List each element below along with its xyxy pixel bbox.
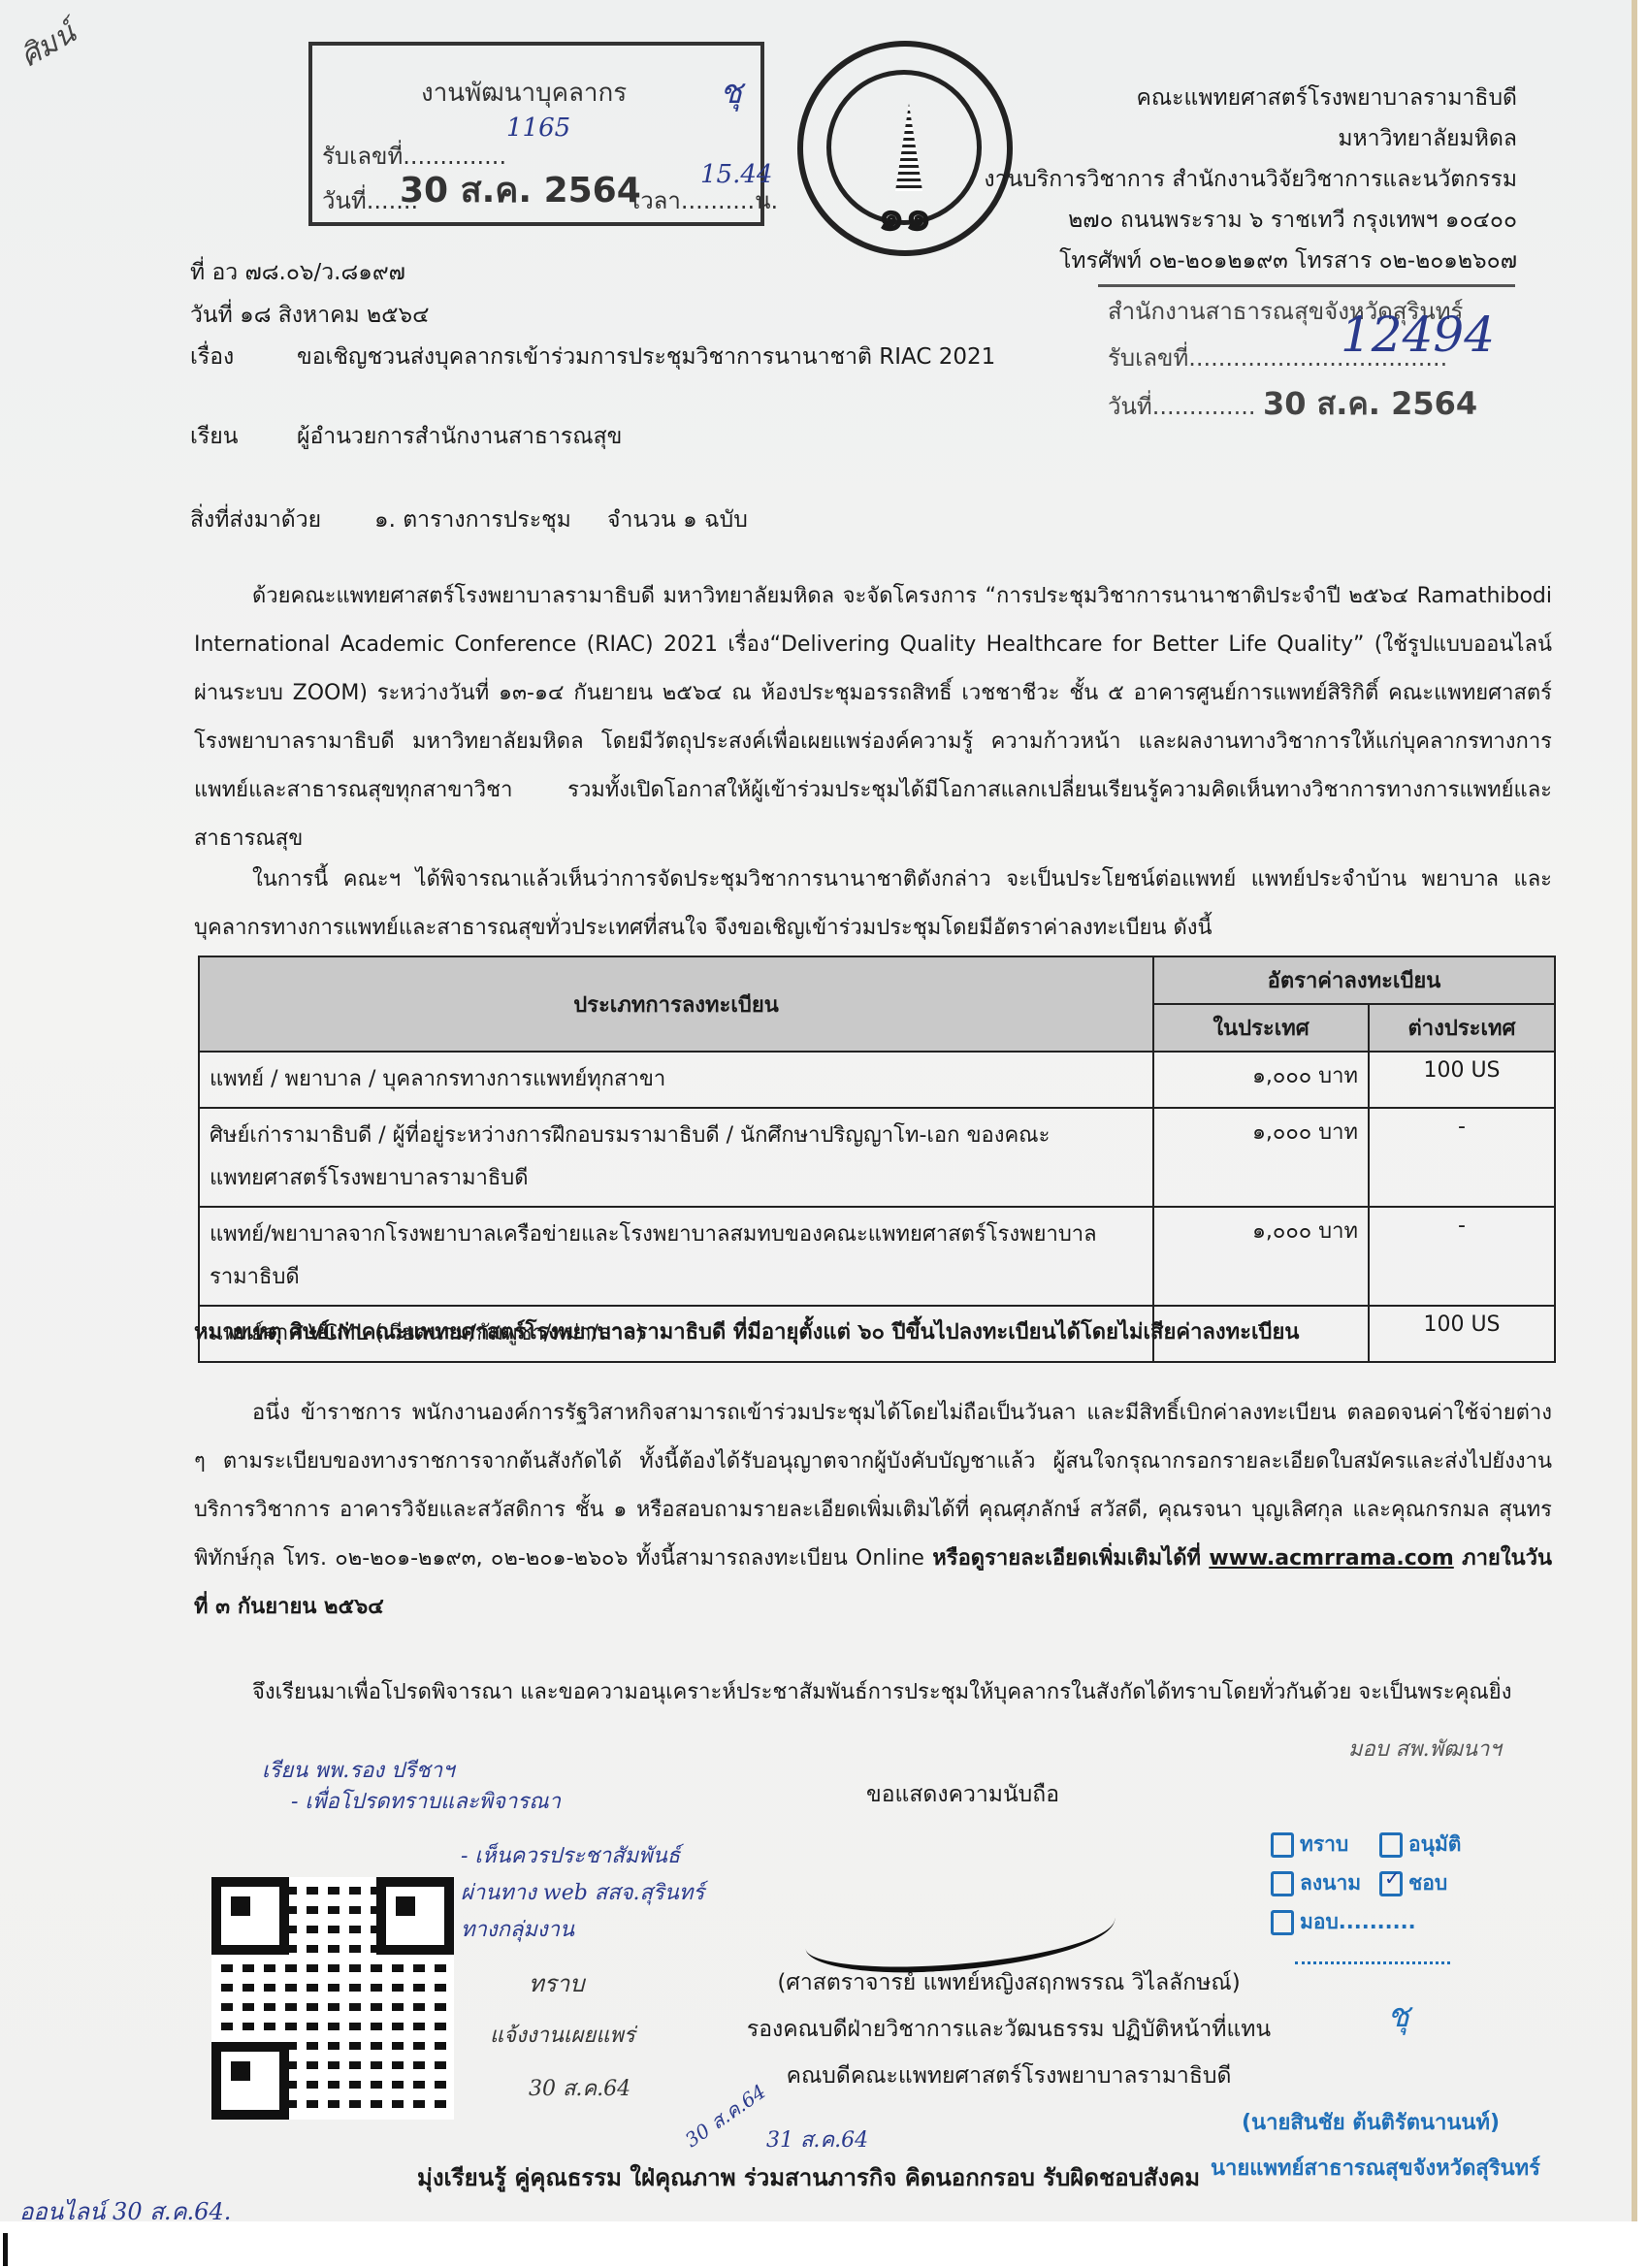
corner-handwritten-note: ศิมน์ xyxy=(15,16,82,76)
body-paragraph-1: ด้วยคณะแพทยศาสตร์โรงพยาบาลรามาธิบดี มหาว… xyxy=(194,572,1552,863)
letter-date: วันที่ ๑๘ สิงหาคม ๒๕๖๔ xyxy=(190,298,430,333)
regards-closing: ขอแสดงความนับถือ xyxy=(866,1781,1059,1809)
checkbox-icon xyxy=(1271,1910,1294,1935)
provincial-officer-title: นายแพทย์สาธารณสุขจังหวัดสุรินทร์ xyxy=(1211,2155,1540,2183)
paragraph-3-bold: หรือดูรายละเอียดเพิ่มเติมได้ที่ xyxy=(932,1546,1201,1571)
provincial-stamp-date-value: 30 ส.ค. 2564 xyxy=(1263,384,1477,423)
footer-motto: มุ่งเรียนรู้ คู่คุณธรรม ใฝ่คุณภาพ ร่วมสา… xyxy=(417,2158,1200,2196)
enclosure-quantity: จำนวน ๑ ฉบับ xyxy=(607,507,748,533)
signer-title-2: คณบดีคณะแพทยศาสตร์โรงพยาบาลรามาธิบดี xyxy=(737,2053,1280,2099)
subject-text: ขอเชิญชวนส่งบุคลากรเข้าร่วมการประชุมวิชา… xyxy=(297,344,995,370)
enclosure-label: สิ่งที่ส่งมาด้วย xyxy=(190,502,374,537)
handwritten-ack: ทราบ xyxy=(529,1964,584,2002)
crown-emblem-icon xyxy=(895,104,922,191)
action-dotted-line xyxy=(1295,1961,1450,1964)
action-option-approve[interactable]: อนุมัติ xyxy=(1379,1829,1461,1861)
reference-number: ที่ อว ๗๘.๐๖/ว.๘๑๙๗ xyxy=(190,255,405,290)
qr-finder-icon xyxy=(376,1877,454,1955)
fee-foreign: - xyxy=(1369,1108,1555,1207)
hr-stamp-initial: ชุ xyxy=(720,65,742,117)
qr-code[interactable] xyxy=(211,1877,454,2120)
provincial-initial-icon: ชุ xyxy=(1387,1989,1409,2041)
handwritten-line: ผ่านทาง web สสจ.สุรินทร์ xyxy=(461,1875,704,1912)
body-paragraph-4: จึงเรียนมาเพื่อโปรดพิจารณา และขอความอนุเ… xyxy=(194,1669,1552,1717)
checkbox-icon xyxy=(1271,1832,1294,1858)
handwritten-online-note: ออนไลน์ 30 ส.ค.64. xyxy=(19,2192,231,2230)
document-page: ศิมน์ งานพัฒนาบุคลากร ชุ 1165 รับเลขที่.… xyxy=(0,0,1637,2221)
handwritten-line: - เพื่อโปรดทราบและพิจารณา xyxy=(262,1787,561,1818)
table-row: แพทย์ / พยาบาล / บุคลากรทางการแพทย์ทุกสา… xyxy=(199,1052,1555,1108)
provincial-stamp-date-label: วันที่.............. xyxy=(1108,392,1256,421)
handwritten-date-mark: 31 ส.ค.64 xyxy=(766,2122,868,2156)
action-option-sign[interactable]: ลงนาม xyxy=(1271,1867,1361,1899)
registration-website-link[interactable]: www.acmrrama.com xyxy=(1209,1546,1453,1571)
column-header-foreign: ต่างประเทศ xyxy=(1369,1004,1555,1052)
recipient-label: เรียน xyxy=(190,419,297,454)
seal-numeral: ๑๑ xyxy=(878,181,932,249)
handwritten-date: 30 ส.ค.64 xyxy=(529,2071,630,2105)
scan-edge-mark xyxy=(3,2233,8,2266)
fee-note: หมายเหตุ ศิษย์เก่าคณะแพทยศาสตร์โรงพยาบาล… xyxy=(194,1319,1299,1346)
column-header-type: ประเภทการลงทะเบียน xyxy=(199,956,1153,1052)
org-line: ๒๗๐ ถนนพระราม ๖ ราชเทวี กรุงเทพฯ ๑๐๔๐๐ xyxy=(984,200,1517,241)
fee-foreign: - xyxy=(1369,1207,1555,1306)
handwritten-forward: แจ้งงานเผยแพร่ xyxy=(490,2018,635,2052)
fee-type: แพทย์/พยาบาลจากโรงพยาบาลเครือข่ายและโรงพ… xyxy=(199,1207,1153,1306)
action-option-assign[interactable]: มอบ.......... xyxy=(1271,1906,1416,1938)
subject-label: เรื่อง xyxy=(190,340,297,374)
signer-block: (ศาสตราจารย์ แพทย์หญิงสฤกพรรณ วิไลลักษณ์… xyxy=(737,1960,1280,2099)
signer-name: (ศาสตราจารย์ แพทย์หญิงสฤกพรรณ วิไลลักษณ์… xyxy=(737,1960,1280,2006)
qr-finder-icon xyxy=(211,1877,289,1955)
provincial-stamp-receive-value: 12494 xyxy=(1341,307,1495,363)
handwritten-date-mark: 30 ส.ค.64 xyxy=(678,2076,772,2155)
table-row: ศิษย์เก่ารามาธิบดี / ผู้ที่อยู่ระหว่างกา… xyxy=(199,1108,1555,1207)
letterhead-address: คณะแพทยศาสตร์โรงพยาบาลรามาธิบดี มหาวิทยา… xyxy=(984,78,1517,281)
handwritten-notes-left: เรียน พพ.รอง ปรีชาฯ - เพื่อโปรดทราบและพิ… xyxy=(262,1756,561,1818)
hr-receipt-stamp: งานพัฒนาบุคลากร ชุ 1165 รับเลขที่.......… xyxy=(308,42,764,226)
body-paragraph-3: อนึ่ง ข้าราชการ พนักงานองค์การรัฐวิสาหกิ… xyxy=(194,1389,1552,1632)
provincial-receipt-stamp: สำนักงานสาธารณสุขจังหวัดสุรินทร์ รับเลขท… xyxy=(1098,284,1515,442)
registration-fee-table: ประเภทการลงทะเบียน อัตราค่าลงทะเบียน ในป… xyxy=(198,956,1556,1363)
hr-stamp-date-value: 30 ส.ค. 2564 xyxy=(400,162,641,217)
mahidol-university-seal: ๑๑ xyxy=(797,41,1013,256)
enclosure-item: ๑. ตารางการประชุม xyxy=(374,502,607,537)
checkbox-icon xyxy=(1379,1832,1403,1858)
handwritten-line: ทางกลุ่มงาน xyxy=(461,1912,704,1949)
table-row: แพทย์/พยาบาลจากโรงพยาบาลเครือข่ายและโรงพ… xyxy=(199,1207,1555,1306)
checkbox-icon xyxy=(1271,1871,1294,1896)
body-paragraph-2: ในการนี้ คณะฯ ได้พิจารณาแล้วเห็นว่าการจั… xyxy=(194,856,1552,953)
hr-stamp-receive-no-value: 1165 xyxy=(506,113,570,143)
org-line: คณะแพทยศาสตร์โรงพยาบาลรามาธิบดี xyxy=(984,78,1517,118)
org-line: มหาวิทยาลัยมหิดล xyxy=(984,118,1517,159)
action-option-acknowledge[interactable]: ทราบ xyxy=(1271,1829,1348,1861)
handwritten-line: เรียน พพ.รอง ปรีชาฯ xyxy=(262,1756,561,1787)
handwritten-notes-middle: - เห็นควรประชาสัมพันธ์ ผ่านทาง web สสจ.ส… xyxy=(461,1838,704,1949)
subject-line: เรื่องขอเชิญชวนส่งบุคลากรเข้าร่วมการประช… xyxy=(190,340,995,374)
fee-type: แพทย์ / พยาบาล / บุคลากรทางการแพทย์ทุกสา… xyxy=(199,1052,1153,1108)
column-header-domestic: ในประเทศ xyxy=(1153,1004,1369,1052)
fee-domestic: ๑,๐๐๐ บาท xyxy=(1153,1207,1369,1306)
hr-stamp-title: งานพัฒนาบุคลากร xyxy=(421,73,627,113)
fee-foreign: 100 US xyxy=(1369,1052,1555,1108)
column-header-rate: อัตราค่าลงทะเบียน xyxy=(1153,956,1555,1004)
signer-title-1: รองคณบดีฝ่ายวิชาการและวัฒนธรรม ปฏิบัติหน… xyxy=(737,2006,1280,2053)
recipient-line: เรียนผู้อำนวยการสำนักงานสาธารณสุข xyxy=(190,419,622,454)
handwritten-assignment-note: มอบ สพ.พัฒนาฯ xyxy=(1348,1736,1502,1764)
fee-type: ศิษย์เก่ารามาธิบดี / ผู้ที่อยู่ระหว่างกา… xyxy=(199,1108,1153,1207)
paragraph-3-text: อนึ่ง ข้าราชการ พนักงานองค์การรัฐวิสาหกิ… xyxy=(194,1401,1552,1571)
recipient-text: ผู้อำนวยการสำนักงานสาธารณสุข xyxy=(297,424,622,449)
checkbox-checked-icon: ✓ xyxy=(1379,1871,1403,1896)
qr-finder-icon xyxy=(211,2042,289,2120)
enclosure-line: สิ่งที่ส่งมาด้วย๑. ตารางการประชุมจำนวน ๑… xyxy=(190,502,748,537)
fee-domestic: ๑,๐๐๐ บาท xyxy=(1153,1108,1369,1207)
fee-foreign: 100 US xyxy=(1369,1306,1555,1362)
org-line: งานบริการวิชาการ สำนักงานวิจัยวิชาการและ… xyxy=(984,159,1517,200)
org-line: โทรศัพท์ ๐๒-๒๐๑๒๑๙๓ โทรสาร ๐๒-๒๐๑๒๖๐๗ xyxy=(984,241,1517,281)
action-option-agree[interactable]: ✓ชอบ xyxy=(1379,1867,1447,1899)
hr-stamp-time-value: 15.44 xyxy=(700,160,772,189)
handwritten-line: - เห็นควรประชาสัมพันธ์ xyxy=(461,1838,704,1875)
provincial-officer-name: (นายสินชัย ต้นติรัตนานนท์) xyxy=(1242,2110,1500,2137)
fee-domestic: ๑,๐๐๐ บาท xyxy=(1153,1052,1369,1108)
